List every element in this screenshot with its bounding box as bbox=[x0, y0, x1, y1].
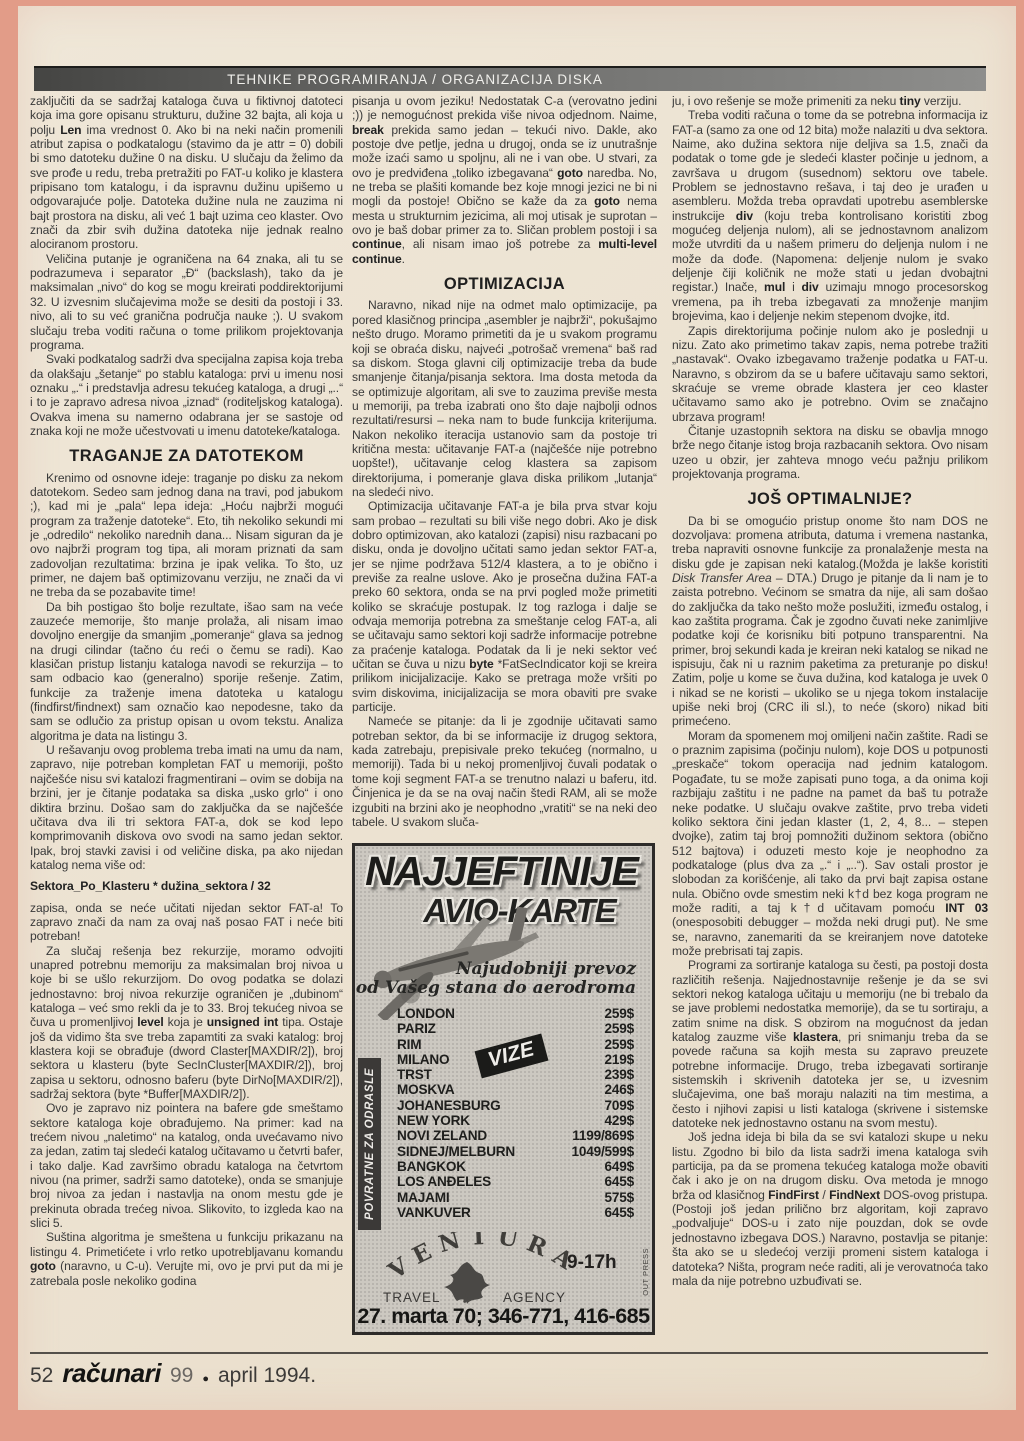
paragraph: Treba voditi računa o tome da se potrebn… bbox=[672, 108, 988, 323]
heading-optimizacija: OPTIMIZACIJA bbox=[352, 277, 657, 291]
ad-title: NAJJEFTINIJE bbox=[355, 848, 648, 895]
section-header-bar: TEHNIKE PROGRAMIRANJA / ORGANIZACIJA DIS… bbox=[34, 66, 986, 91]
ad-tagline-line2: od Vašeg stana do aerodroma bbox=[356, 979, 636, 998]
paragraph: Optimizacija učitavanje FAT-a je bila pr… bbox=[352, 499, 657, 714]
paragraph: zaključiti da se sadržaj kataloga čuva u… bbox=[30, 94, 343, 252]
price-list: LONDON259$ PARIZ259$ RIM259$ MILANO219$ … bbox=[397, 1006, 634, 1220]
heading-jos-optimalnije: JOŠ OPTIMALNIJE? bbox=[672, 492, 988, 506]
ad-tagline-line1: Najudobniji prevoz bbox=[356, 960, 636, 979]
press-credit: OUT PRESS bbox=[641, 1248, 650, 1296]
destination: VANKUVER bbox=[397, 1205, 471, 1220]
paragraph: Za slučaj rešenja bez rekurzije, moramo … bbox=[30, 944, 343, 1102]
paragraph: Moram da spomenem moj omiljeni način zaš… bbox=[672, 729, 988, 959]
paragraph: Čitanje uzastopnih sektora na disku se o… bbox=[672, 424, 988, 481]
banner-label: POVRATNE ZA ODRASLE bbox=[364, 1068, 376, 1220]
paragraph: zapisa, onda se neće učitati nijedan sek… bbox=[30, 901, 343, 944]
paragraph: Krenimo od osnovne ideje: traganje po di… bbox=[30, 471, 343, 600]
destination: JOHANESBURG bbox=[397, 1098, 501, 1113]
paragraph: Veličina putanje je ograničena na 64 zna… bbox=[30, 252, 343, 352]
paragraph: Zapis direktorijuma počinje nulom ako je… bbox=[672, 324, 988, 424]
formula-line: Sektora_Po_Klasteru * dužina_sektora / 3… bbox=[30, 879, 343, 893]
destination: MOSKVA bbox=[397, 1082, 454, 1097]
issue-number: 99 bbox=[170, 1364, 193, 1388]
magazine-page: TEHNIKE PROGRAMIRANJA / ORGANIZACIJA DIS… bbox=[0, 0, 1024, 1441]
paragraph: U rešavanju ovog problema treba imati na… bbox=[30, 743, 343, 872]
destination: TRST bbox=[397, 1067, 432, 1082]
price-row: BANGKOK649$ bbox=[397, 1159, 634, 1174]
price: 645$ bbox=[605, 1174, 634, 1189]
price: 259$ bbox=[605, 1006, 634, 1021]
price: 259$ bbox=[605, 1021, 634, 1036]
price: 575$ bbox=[605, 1190, 634, 1205]
price-row: PARIZ259$ bbox=[397, 1021, 634, 1036]
paragraph: pisanja u ovom jeziku! Nedostatak C-a (v… bbox=[352, 94, 657, 266]
destination: NEW YORK bbox=[397, 1113, 470, 1128]
price: 1199/869$ bbox=[572, 1128, 634, 1143]
paragraph: Ovo je zapravo niz pointera na bafere gd… bbox=[30, 1101, 343, 1230]
paragraph: Suština algoritma je smeštena u funkciju… bbox=[30, 1230, 343, 1287]
price: 246$ bbox=[605, 1082, 634, 1097]
column-3: ju, i ovo rešenje se može primeniti za n… bbox=[672, 94, 988, 1342]
destination: LOS ANĐELES bbox=[397, 1174, 491, 1189]
price-row: MAJAMI575$ bbox=[397, 1190, 634, 1205]
price-row: LOS ANĐELES645$ bbox=[397, 1174, 634, 1189]
price: 259$ bbox=[605, 1037, 634, 1052]
destination: MAJAMI bbox=[397, 1190, 449, 1205]
price: 649$ bbox=[605, 1159, 634, 1174]
povratne-za-odrasle-banner: POVRATNE ZA ODRASLE bbox=[358, 1058, 381, 1230]
ad-tagline: Najudobniji prevoz od Vašeg stana do aer… bbox=[356, 960, 636, 998]
price: 709$ bbox=[605, 1098, 634, 1113]
price-row: NEW YORK429$ bbox=[397, 1113, 634, 1128]
price: 645$ bbox=[605, 1205, 634, 1220]
paragraph: Svaki podkatalog sadrži dva specijalna z… bbox=[30, 352, 343, 438]
price: 1049/599$ bbox=[572, 1144, 634, 1159]
bullet-separator: ● bbox=[202, 1373, 209, 1385]
avio-karte-advertisement: NAJJEFTINIJE AVIO-KARTE Najudobniji prev… bbox=[352, 843, 655, 1335]
column-1: zaključiti da se sadržaj kataloga čuva u… bbox=[30, 94, 343, 1346]
price-row: NOVI ZELAND1199/869$ bbox=[397, 1128, 634, 1143]
travel-label: TRAVEL bbox=[383, 1290, 441, 1305]
heading-traganje-za-datotekom: TRAGANJE ZA DATOTEKOM bbox=[30, 449, 343, 463]
address-and-phone: 27. marta 70; 346-771, 416-685 bbox=[355, 1304, 652, 1329]
destination: RIM bbox=[397, 1037, 421, 1052]
footer-rule bbox=[30, 1352, 988, 1354]
price-row: SIDNEJ/MELBURN1049/599$ bbox=[397, 1144, 634, 1159]
column-2: pisanja u ovom jeziku! Nedostatak C-a (v… bbox=[352, 94, 657, 838]
price: 429$ bbox=[605, 1113, 634, 1128]
agency-label: AGENCY bbox=[503, 1290, 566, 1305]
magazine-logo: računari bbox=[62, 1358, 161, 1389]
destination: LONDON bbox=[397, 1006, 455, 1021]
oak-leaf-icon bbox=[441, 1260, 493, 1304]
paragraph: Naravno, nikad nije na odmet malo optimi… bbox=[352, 298, 657, 499]
price-row: JOHANESBURG709$ bbox=[397, 1098, 634, 1113]
paragraph: Da bi se omogućio pristup onome što nam … bbox=[672, 514, 988, 729]
destination: MILANO bbox=[397, 1052, 449, 1067]
page-footer: 52 računari 99 ● april 1994. bbox=[30, 1358, 316, 1389]
section-title: TEHNIKE PROGRAMIRANJA / ORGANIZACIJA DIS… bbox=[227, 72, 603, 87]
paragraph: Još jedna ideja bi bila da se svi katalo… bbox=[672, 1130, 988, 1288]
issue-date: april 1994. bbox=[218, 1364, 316, 1388]
price: 239$ bbox=[605, 1067, 634, 1082]
destination: PARIZ bbox=[397, 1021, 436, 1036]
destination: SIDNEJ/MELBURN bbox=[397, 1144, 515, 1159]
price-row: MOSKVA246$ bbox=[397, 1082, 634, 1097]
price-row: TRST239$ bbox=[397, 1067, 634, 1082]
paragraph: Da bih postigao što bolje rezultate, iša… bbox=[30, 600, 343, 743]
page-number: 52 bbox=[30, 1364, 53, 1388]
price-row: VANKUVER645$ bbox=[397, 1205, 634, 1220]
destination: NOVI ZELAND bbox=[397, 1128, 487, 1143]
paragraph: Programi za sortiranje kataloga su česti… bbox=[672, 958, 988, 1130]
paragraph: ju, i ovo rešenje se može primeniti za n… bbox=[672, 94, 988, 108]
working-hours: 9-17h bbox=[567, 1252, 617, 1274]
price-row: LONDON259$ bbox=[397, 1006, 634, 1021]
destination: BANGKOK bbox=[397, 1159, 466, 1174]
paragraph: Nameće se pitanje: da li je zgodnije uči… bbox=[352, 714, 657, 829]
price: 219$ bbox=[605, 1052, 634, 1067]
